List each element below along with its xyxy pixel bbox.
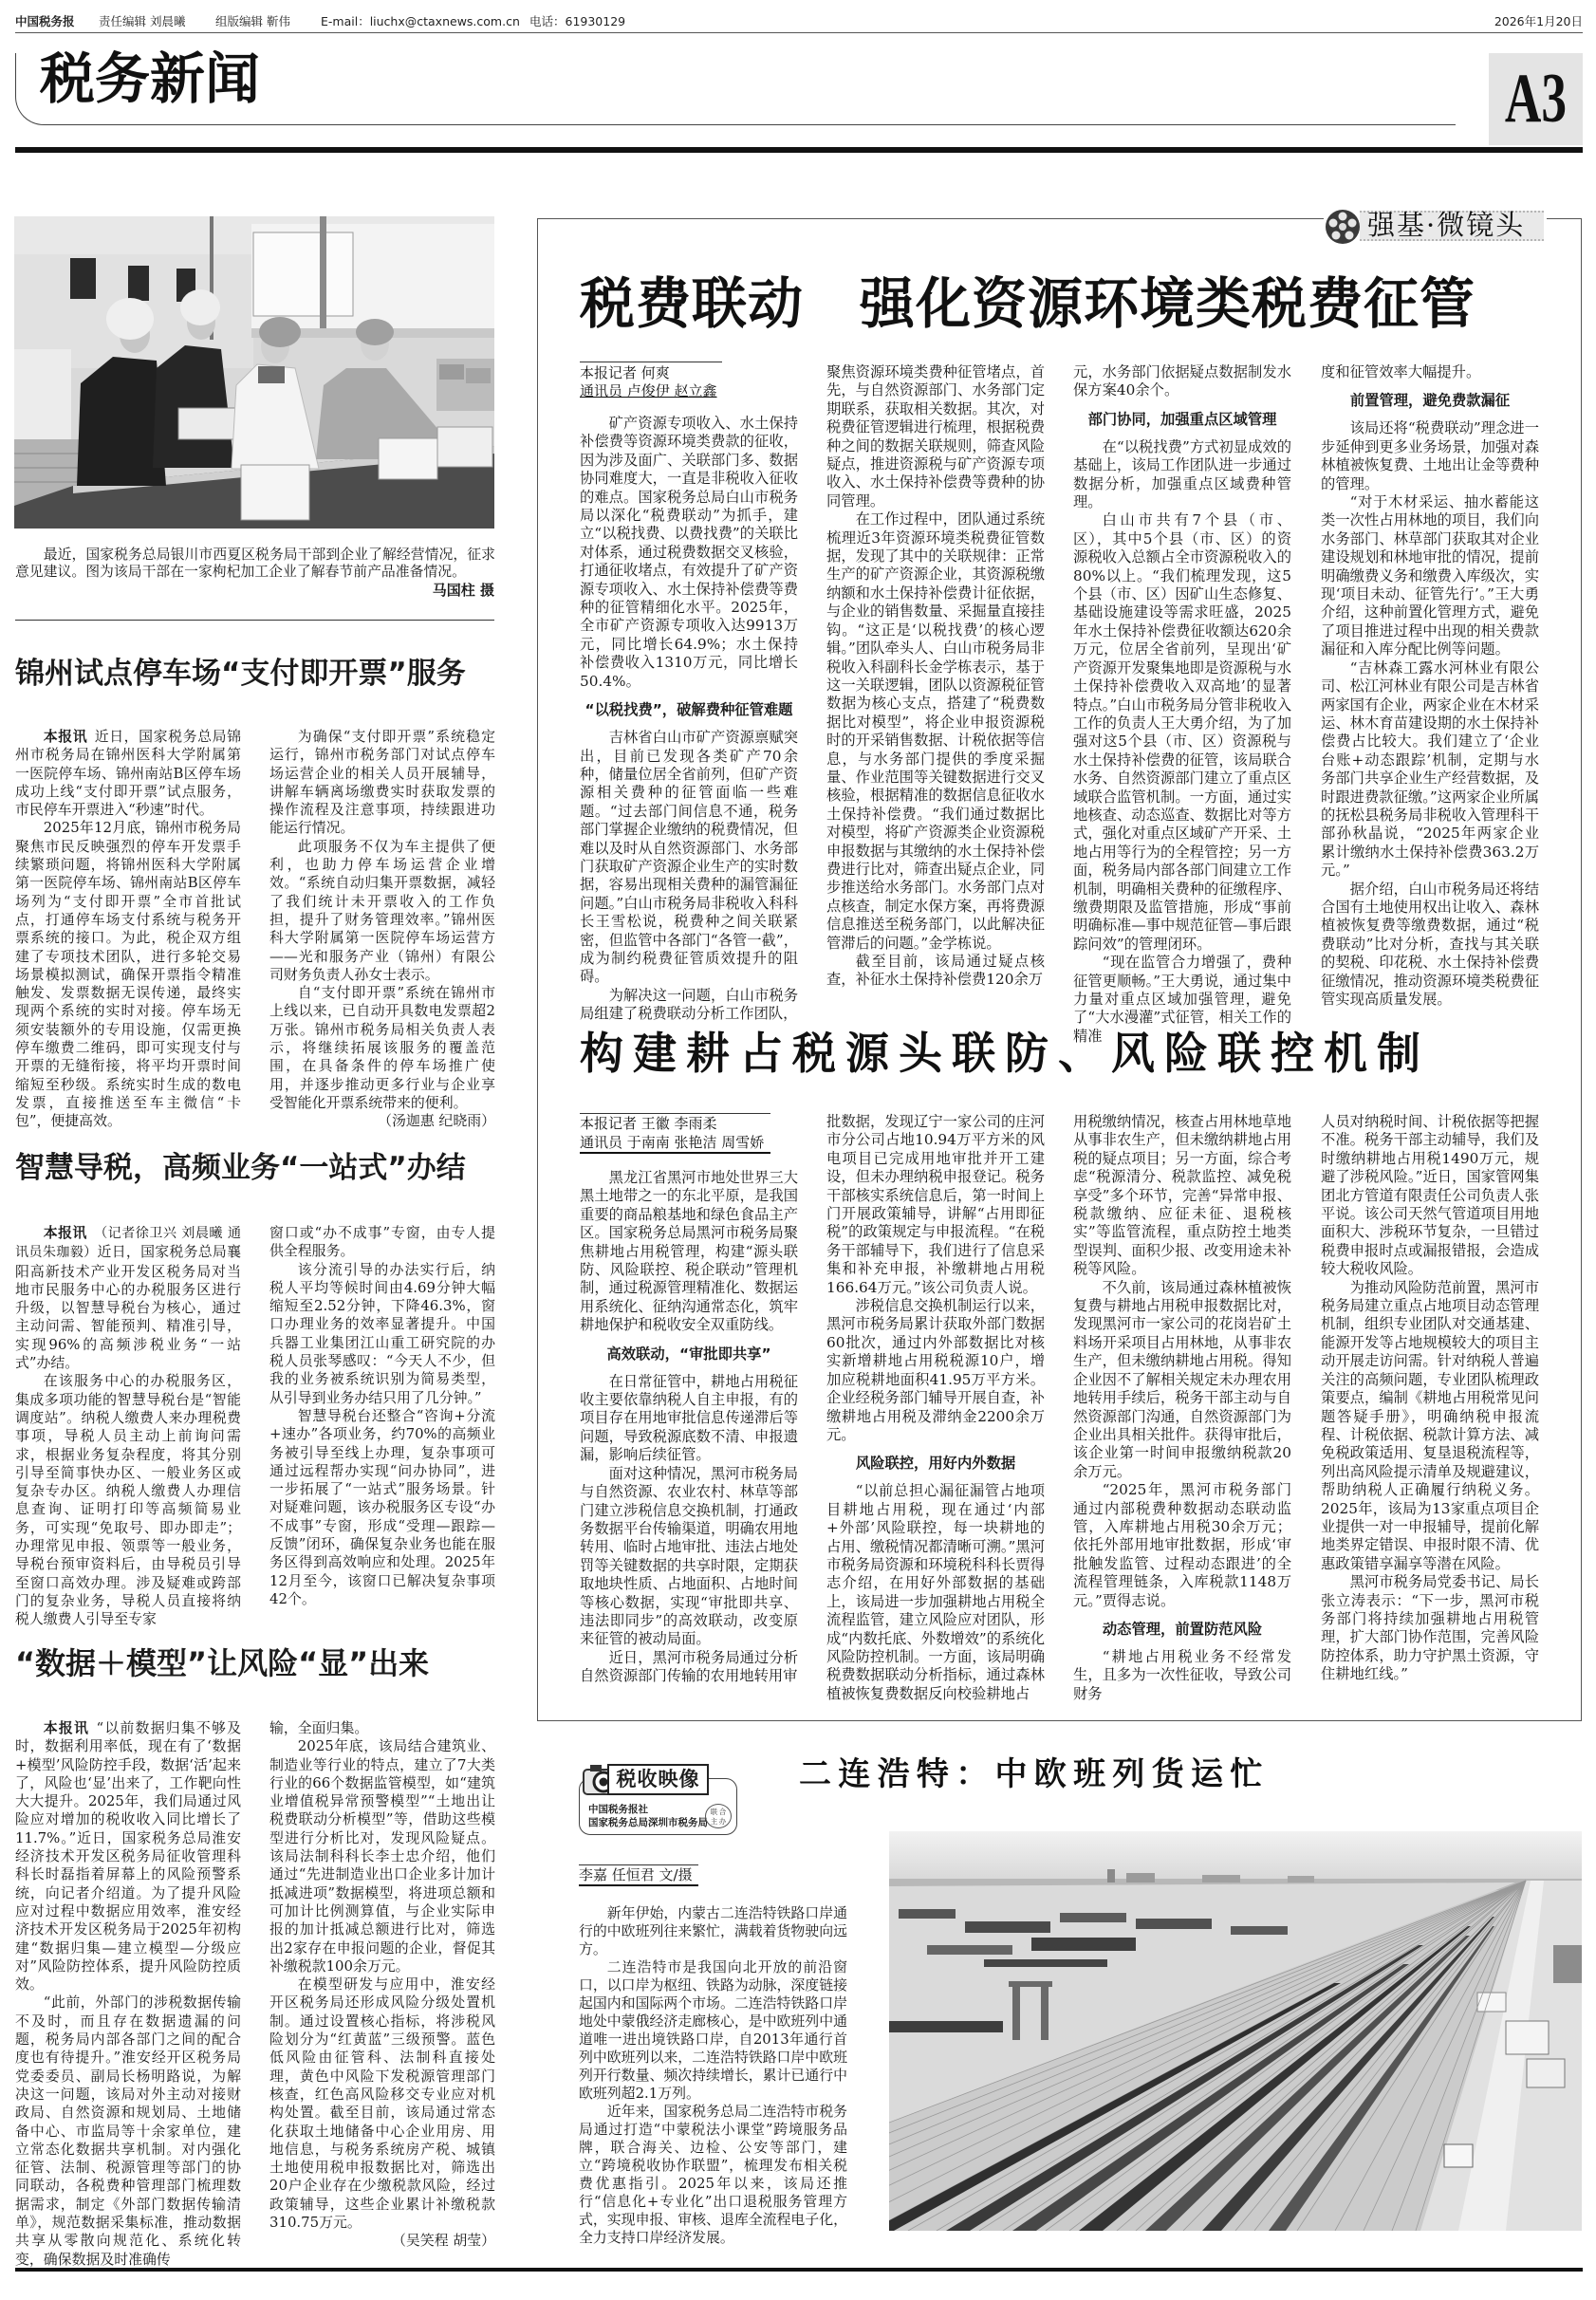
paragraph-text: “以前数据归集不够及时，数据利用率低，现在有了‘数据+模型’风险防控手段，数据‘… xyxy=(15,1719,241,1993)
sponsor-name: 国家税务总局深圳市税务局 xyxy=(588,1817,708,1829)
paragraph: 2025年底，该局结合建筑业、制造业等行业的特点，建立了7大类行业的66个数据监… xyxy=(269,1737,495,1975)
seal-char: 办 xyxy=(718,1817,727,1827)
headline-data-model-risk: “数据＋模型”让风险“显”出来 xyxy=(15,1647,429,1679)
paragraph: 为推动风险防范前置，黑河市税务局建立重点占地项目动态管理机制，组织专业团队对交通… xyxy=(1321,1279,1539,1574)
paragraph: 吉林省白山市矿产资源禀赋突出，目前已发现各类矿产70余种，储量位居全省前列，但矿… xyxy=(580,729,798,987)
column-badge-label: 强基·微镜头 xyxy=(1367,205,1525,245)
dateline-lead: 本报讯 xyxy=(44,728,87,745)
editor-credit: 责任编辑 刘晨曦 xyxy=(99,13,185,30)
paragraph: 智慧导税台还整合“咨询+分流+速办”各项业务，约70%的高频业务被引导至线上办理… xyxy=(269,1407,495,1608)
paragraph-continuation: 聚焦资源环境类费种征管堵点，首先，与自然资源部门、水务部门定期联系，获取相关数据… xyxy=(826,363,1045,510)
paragraph: “2025年，黑河市税务部门通过内部税费种数据动态联动监管，入库耕地占用税30余… xyxy=(1073,1481,1291,1610)
headline-farmland-tax-control: 构建耕占税源头联防、风险联控机制 xyxy=(580,1028,1430,1079)
seal-char: 合 xyxy=(718,1808,727,1817)
article-column: 本报讯近日，国家税务总局锦州市税务局在锦州医科大学附属第一医院停车场、锦州南站B… xyxy=(15,728,241,1131)
photo-story-text: 新年伊始，内蒙古二连浩特铁路口岸通行的中欧班列往来繁忙，满载着货物驶向远方。 二… xyxy=(579,1904,847,2247)
subheading: 高效联动，“审批即共享” xyxy=(580,1335,798,1373)
headline-smart-tax-guidance: 智慧导税，高频业务“一站式”办结 xyxy=(15,1152,466,1184)
byline: 本报记者 何爽 通讯员 卢俊伊 赵立鑫 xyxy=(580,362,722,401)
paragraph: 据介绍，白山市税务局还将结合国有土地使用权出让收入、森林植被恢复费等缴费数据，通… xyxy=(1321,881,1539,1010)
logo-title: 税收映像 xyxy=(607,1764,709,1795)
film-reel-icon xyxy=(1324,207,1362,247)
paragraph: 近年来，国家税务总局二连浩特市税务局通过打造“中蒙税法小课堂”跨境服务品牌，联合… xyxy=(579,2103,847,2247)
paragraph: 截至目前，该局通过疑点核查，补征水土保持补偿费120余万 xyxy=(826,953,1045,990)
paragraph: 新年伊始，内蒙古二连浩特铁路口岸通行的中欧班列往来繁忙，满载着货物驶向远方。 xyxy=(579,1904,847,1958)
paragraph-text: 自“支付即开票”系统在锦州市上线以来，已自动开具数电发票超2万张。锦州市税务局相… xyxy=(269,984,495,1111)
paper-name: 中国税务报 xyxy=(15,13,75,30)
photo-caption: 最近，国家税务总局银川市西夏区税务局干部到企业了解经营情况，征求意见建议。图为该… xyxy=(15,546,495,580)
paragraph: 在“以税找费”方式初显成效的基础上，该局工作团队进一步通过数据分析，加强重点区域… xyxy=(1073,438,1291,512)
paragraph: “此前，外部门的涉税数据传输不及时，而且存在数据遗漏的问题，税务局内部各部门之间… xyxy=(15,1994,241,2268)
paragraph: “耕地占用税业务不经常发生，且多为一次性征收，导致公司财务 xyxy=(1073,1648,1291,1703)
article-column: 输，全面归集。 2025年底，该局结合建筑业、制造业等行业的特点，建立了7大类行… xyxy=(269,1719,495,2251)
article-column: 矿产资源专项收入、水土保持补偿费等资源环境类费款的征收，因为涉及面广、关联部门多… xyxy=(580,415,798,1024)
paragraph-continuation: 输，全面归集。 xyxy=(269,1719,495,1737)
paragraph-continuation: 元，水务部门依据疑点数据制发水保方案40余个。 xyxy=(1073,363,1291,400)
subheading: “以税找费”，破解费种征管难题 xyxy=(580,691,798,729)
article-column: 本报讯“以前数据归集不够及时，数据利用率低，现在有了‘数据+模型’风险防控手段，… xyxy=(15,1719,241,2269)
photo-image xyxy=(14,216,494,529)
dateline-lead: 本报讯 xyxy=(44,1224,87,1241)
paragraph: 该局还将“税费联动”理念进一步延伸到更多业务场景，加强对森林植被恢复费、土地出让… xyxy=(1321,419,1539,493)
paragraph: 在日常征管中，耕地占用税征收主要依靠纳税人自主申报，有的项目存在用地审批信息传递… xyxy=(580,1373,798,1465)
paragraph-continuation: 度和征管效率大幅提升。 xyxy=(1321,363,1539,381)
paragraph: 本报讯“以前数据归集不够及时，数据利用率低，现在有了‘数据+模型’风险防控手段，… xyxy=(15,1719,241,1994)
article-column: 人员对纳税时间、计税依据等把握不准。税务干部主动辅导，我们及时缴纳耕地占用税14… xyxy=(1321,1113,1539,1684)
paragraph: 矿产资源专项收入、水土保持补偿费等资源环境类费款的征收，因为涉及面广、关联部门多… xyxy=(580,415,798,691)
article-column: 度和征管效率大幅提升。 前置管理，避免费款漏征 该局还将“税费联动”理念进一步延… xyxy=(1321,363,1539,1009)
paragraph: 二连浩特市是我国向北开放的前沿窗口，以口岸为枢纽、铁路为动脉，深度链接起国内和国… xyxy=(579,1958,847,2103)
layout-editor-credit: 组版编辑 靳伟 xyxy=(215,13,290,30)
paragraph: 该分流引导的办法实行后，纳税人平均等候时间由4.69分钟大幅缩短至2.52分钟，… xyxy=(269,1261,495,1407)
contact-phone: 电话：61930129 xyxy=(529,13,625,30)
article-column: 为确保“支付即开票”系统稳定运行，锦州市税务部门对试点停车场运营企业的相关人员开… xyxy=(269,728,495,1131)
paragraph: 黑河市税务局党委书记、局长张立涛表示：“下一步，黑河市税务部门将持续加强耕地占用… xyxy=(1321,1573,1539,1683)
paragraph: 白山市共有7个县（市、区），其中5个县（市、区）的资源税收入总额占全市资源税收入… xyxy=(1073,511,1291,954)
paragraph: 为确保“支付即开票”系统稳定运行，锦州市税务部门对试点停车场运营企业的相关人员开… xyxy=(269,728,495,838)
paragraph: 自“支付即开票”系统在锦州市上线以来，已自动开具数电发票超2万张。锦州市税务局相… xyxy=(269,984,495,1112)
photo-credit: 马国柱 摄 xyxy=(15,581,494,600)
subheading: 部门协同，加强重点区域管理 xyxy=(1073,400,1291,438)
article-column: 窗口或“办不成事”专窗，由专人提供全程服务。 该分流引导的办法实行后，纳税人平均… xyxy=(269,1224,495,1608)
paragraph-continuation: 批数据，发现辽宁一家公司的庄河市分公司占地10.94万平方米的风电项目已完成用地… xyxy=(826,1113,1045,1297)
paragraph: 黑龙江省黑河市地处世界三大黑土地带之一的东北平原，是我国重要的商品粮基地和绿色食… xyxy=(580,1169,798,1335)
paragraph: 涉税信息交换机制运行以来，黑河市税务局累计获取外部门数据60批次，通过内外部数据… xyxy=(826,1297,1045,1444)
paragraph: 本报讯近日，国家税务总局锦州市税务局在锦州医科大学附属第一医院停车场、锦州南站B… xyxy=(15,728,241,819)
byline-reporter: 本报记者 何爽 xyxy=(580,364,722,382)
paragraph: 为解决这一问题，白山市税务局组建了税费联动分析工作团队， xyxy=(580,987,798,1024)
article-author: （吴笑程 胡莹） xyxy=(269,2232,495,2250)
contact-email: E-mail：liuchx@ctaxnews.com.cn xyxy=(321,13,520,30)
dateline-lead: 本报讯 xyxy=(44,1719,89,1736)
headline-parking-invoice: 锦州试点停车场“支付即开票”服务 xyxy=(15,658,466,690)
subheading: 前置管理，避免费款漏征 xyxy=(1321,381,1539,419)
article-author: （汤迦惠 纪晓雨） xyxy=(378,1112,495,1130)
photo-story-byline: 李嘉 任恒君 文/摄 xyxy=(579,1864,698,1886)
paragraph: 不久前，该局通过森林植被恢复费与耕地占用税申报数据比对，发现黑河市一家公司的花岗… xyxy=(1073,1279,1291,1481)
photo-story-title: 二连浩特：中欧班列货运忙 xyxy=(799,1753,1270,1795)
headline-tax-fee-linkage: 税费联动 强化资源环境类税费征管 xyxy=(580,273,1475,334)
masthead-rule xyxy=(15,147,1583,153)
header-divider xyxy=(15,32,1583,33)
subheading: 动态管理，前置防范风险 xyxy=(1073,1610,1291,1648)
sponsor-name: 中国税务报社 xyxy=(588,1804,648,1816)
subheading: 风险联控，用好内外数据 xyxy=(826,1444,1045,1482)
paragraph: 2025年12月底，锦州市税务局聚焦市民反映强烈的停车开发票手续繁琐问题，将锦州… xyxy=(15,819,241,1130)
article-column: 批数据，发现辽宁一家公司的庄河市分公司占地10.94万平方米的风电项目已完成用地… xyxy=(826,1113,1045,1703)
paragraph: 在模型研发与应用中，淮安经开区税务局还形成风险分级处置机制。通过设置核心指标，将… xyxy=(269,1975,495,2232)
paragraph: 本报讯（记者徐卫兴 刘晨曦 通讯员朱珈毅）近日，国家税务总局襄阳高新技术产业开发… xyxy=(15,1224,241,1372)
byline-reporter: 本报记者 王徽 李雨柔 xyxy=(580,1114,770,1133)
photo-image xyxy=(889,1831,1582,2231)
paragraph: 此项服务不仅为车主提供了便利，也助力停车场运营企业增效。“系统自动归集开票数据，… xyxy=(269,838,495,984)
photo-railway-yard xyxy=(889,1831,1582,2231)
paragraph-continuation: 窗口或“办不成事”专窗，由专人提供全程服务。 xyxy=(269,1224,495,1261)
paragraph-text: 近日，国家税务总局襄阳高新技术产业开发区税务局对当地市民服务中心的办税服务区进行… xyxy=(15,1243,241,1371)
page-bottom-rule xyxy=(15,2268,1583,2272)
paragraph-continuation: 用税缴纳情况，核查占用林地草地从事非农生产，但未缴纳耕地占用税的疑点项目；另一方… xyxy=(1073,1113,1291,1279)
paragraph: 面对这种情况，黑河市税务局与自然资源、农业农村、林草等部门建立涉税信息交换机制，… xyxy=(580,1465,798,1649)
article-column: 黑龙江省黑河市地处世界三大黑土地带之一的东北平原，是我国重要的商品粮基地和绿色食… xyxy=(580,1169,798,1686)
article-column: 元，水务部门依据疑点数据制发水保方案40余个。 部门协同，加强重点区域管理 在“… xyxy=(1073,363,1291,1046)
section-title: 税务新闻 xyxy=(40,47,260,110)
page-number: A3 xyxy=(1502,61,1569,137)
paragraph: “对于木材采运、抽水蓄能这类一次性占用林地的项目，我们向水务部门、林草部门获取其… xyxy=(1321,493,1539,659)
article-column: 聚焦资源环境类费种征管堵点，首先，与自然资源部门、水务部门定期联系，获取相关数据… xyxy=(826,363,1045,990)
section-divider xyxy=(15,620,494,621)
paragraph: 近日，黑河市税务局通过分析自然资源部门传输的农用地转用审 xyxy=(580,1649,798,1686)
newspaper-page: 中国税务报 责任编辑 刘晨曦 组版编辑 靳伟 E-mail：liuchx@cta… xyxy=(0,0,1596,2300)
paragraph: “吉林森工露水河林业有限公司、松江河林业有限公司是吉林省两家国有企业，两家企业在… xyxy=(1321,659,1539,881)
issue-date: 2026年1月20日 xyxy=(1494,13,1583,30)
byline-correspondents: 通讯员 于南南 张艳洁 周雪娇 xyxy=(580,1133,770,1152)
paragraph-continuation: 人员对纳税时间、计税依据等把握不准。税务干部主动辅导，我们及时缴纳耕地占用税14… xyxy=(1321,1113,1539,1279)
page-number-box: A3 xyxy=(1489,53,1583,145)
paragraph: 在工作过程中，团队通过系统梳理近3年资源环境类税费征管数据，发现了其中的关联规律… xyxy=(826,510,1045,953)
column-badge: 强基·微镜头 xyxy=(1324,201,1547,250)
paragraph: 在该服务中心的办税服务区，集成多项功能的智慧导税台是“智能调度站”。纳税人缴费人… xyxy=(15,1372,241,1628)
co-host-seal: 联 合 主 办 xyxy=(705,1804,732,1828)
photo-story-logo: 税收映像 中国税务报社 国家税务总局深圳市税务局 联 合 主 办 xyxy=(579,1762,738,1836)
byline-correspondents: 通讯员 卢俊伊 赵立鑫 xyxy=(580,382,722,400)
seal-char: 主 xyxy=(710,1817,718,1827)
seal-char: 联 xyxy=(710,1808,718,1817)
byline: 本报记者 王徽 李雨柔 通讯员 于南南 张艳洁 周雪娇 xyxy=(580,1113,770,1154)
article-column: 用税缴纳情况，核查占用林地草地从事非农生产，但未缴纳耕地占用税的疑点项目；另一方… xyxy=(1073,1113,1291,1703)
article-column: 本报讯（记者徐卫兴 刘晨曦 通讯员朱珈毅）近日，国家税务总局襄阳高新技术产业开发… xyxy=(15,1224,241,1629)
news-photo-factory-visit xyxy=(14,216,494,529)
paragraph: “以前总担心漏征漏管占地项目耕地占用税，现在通过‘内部+外部’风险联控，每一块耕… xyxy=(826,1482,1045,1703)
